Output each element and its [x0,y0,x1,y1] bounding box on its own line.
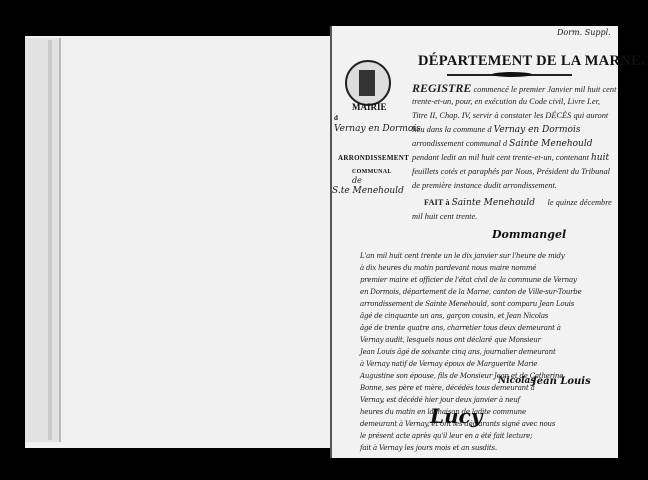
printed-line-3: Titre II, Chap. IV, servir à constater l… [412,111,608,121]
corner-note: Dorm. Suppl. [557,28,611,37]
left-page-binding-edge [25,38,61,442]
printed-line-4: lieu dans la commune d Vernay en Dormois [412,125,580,135]
printed-line-8: de première instance dudit arrondissemen… [412,181,557,191]
margin-arrondissement-label: ARRONDISSEMENT [338,154,409,162]
president-signature: Dommangel [492,228,566,241]
witness-signature-2: Jean Louis [532,376,591,387]
seal-label: MAIRIE [352,102,387,112]
mayor-signature: Lucy [430,404,482,428]
printed-line-1: REGISTRE commencé le premier Janvier mil… [412,83,616,95]
printed-line-5: arrondissement communal d Sainte Menehou… [412,139,593,149]
margin-commune-prefix: d [334,114,338,122]
blank-left-page [25,36,337,448]
witness-signature-1-visible: Nicolas [498,376,535,386]
margin-arrondissement-name: S.te Menehould [332,186,404,196]
printed-line-9: FAIT à Sainte Menehould le quinze décemb… [424,198,612,208]
timbre-royal-seal-icon [345,60,391,106]
margin-commune-name: Vernay en Dormois [334,124,421,134]
printed-line-10: mil huit cent trente. [412,212,477,222]
margin-communal-label: COMMUNAL [352,169,392,175]
register-page: Dorm. Suppl. DÉPARTEMENT DE LA MARNE. MA… [330,26,618,458]
page-title: DÉPARTEMENT DE LA MARNE. [418,53,645,70]
printed-line-7: feuillets cotés et paraphés par Nous, Pr… [412,167,610,177]
title-rule-ornament [492,72,532,77]
left-page-crease [48,40,52,440]
margin-arrondissement-prefix: de [352,176,362,185]
printed-line-2: trente-et-un, pour, en exécution du Code… [412,97,600,107]
printed-line-6: pendant ledit an mil huit cent trente-et… [412,153,609,163]
